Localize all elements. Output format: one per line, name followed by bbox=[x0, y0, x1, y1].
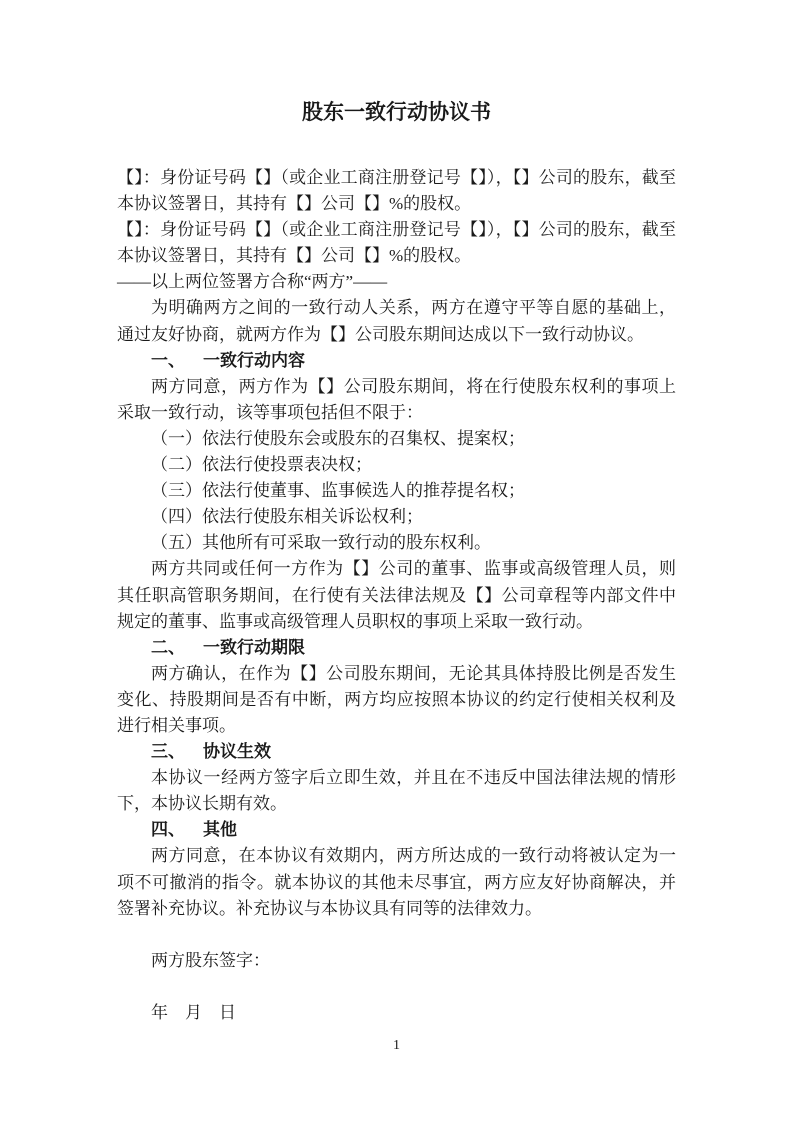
section-2-paragraph-1: 两方确认，在作为【】公司股东期间，无论其具体持股比例是否发生变化、持股期间是否有… bbox=[117, 661, 676, 739]
section-3-paragraph-1: 本协议一经两方签字后立即生效，并且在不违反中国法律法规的情形下，本协议长期有效。 bbox=[117, 765, 676, 817]
section-2-title: 一致行动期限 bbox=[203, 638, 305, 657]
section-1-item-3: （三）依法行使董事、监事候选人的推荐提名权； bbox=[117, 478, 676, 504]
section-1-paragraph-1: 两方同意，两方作为【】公司股东期间，将在行使股东权利的事项上采取一致行动，该等事… bbox=[117, 374, 676, 426]
document-title: 股东一致行动协议书 bbox=[117, 96, 676, 129]
section-3-number: 三、 bbox=[151, 742, 185, 761]
section-1-item-5: （五）其他所有可采取一致行动的股东权利。 bbox=[117, 530, 676, 556]
section-1-title: 一致行动内容 bbox=[203, 351, 305, 370]
section-1-item-2: （二）依法行使投票表决权； bbox=[117, 452, 676, 478]
signature-label: 两方股东签字： bbox=[117, 948, 676, 974]
parties-alias-line: ——以上两位签署方合称“两方”—— bbox=[117, 269, 676, 295]
page-footer: 1 bbox=[0, 1037, 793, 1055]
section-1-heading: 一、一致行动内容 bbox=[117, 348, 676, 374]
section-4-number: 四、 bbox=[151, 820, 185, 839]
section-4-title: 其他 bbox=[203, 820, 237, 839]
date-line: 年 月 日 bbox=[117, 1000, 676, 1026]
document-body: 【】：身份证号码【】（或企业工商注册登记号【】），【】公司的股东，截至本协议签署… bbox=[117, 165, 676, 1026]
party-b-clause: 【】：身份证号码【】（或企业工商注册登记号【】），【】公司的股东，截至本协议签署… bbox=[117, 217, 676, 269]
preamble-paragraph: 为明确两方之间的一致行动人关系，两方在遵守平等自愿的基础上，通过友好协商，就两方… bbox=[117, 295, 676, 347]
section-4-paragraph-1: 两方同意，在本协议有效期内，两方所达成的一致行动将被认定为一项不可撤消的指令。就… bbox=[117, 843, 676, 921]
section-4-heading: 四、其他 bbox=[117, 817, 676, 843]
section-1-number: 一、 bbox=[151, 351, 185, 370]
section-1-item-4: （四）依法行使股东相关诉讼权利； bbox=[117, 504, 676, 530]
section-2-heading: 二、一致行动期限 bbox=[117, 635, 676, 661]
section-1-item-1: （一）依法行使股东会或股东的召集权、提案权； bbox=[117, 426, 676, 452]
page-number: 1 bbox=[393, 1038, 400, 1053]
section-3-heading: 三、协议生效 bbox=[117, 739, 676, 765]
section-1-paragraph-2: 两方共同或任何一方作为【】公司的董事、监事或高级管理人员，则其任职高管职务期间，… bbox=[117, 556, 676, 634]
section-3-title: 协议生效 bbox=[203, 742, 271, 761]
section-2-number: 二、 bbox=[151, 638, 185, 657]
document-page: 股东一致行动协议书 【】：身份证号码【】（或企业工商注册登记号【】），【】公司的… bbox=[0, 0, 793, 1122]
document-content: 股东一致行动协议书 【】：身份证号码【】（或企业工商注册登记号【】），【】公司的… bbox=[117, 96, 676, 1026]
party-a-clause: 【】：身份证号码【】（或企业工商注册登记号【】），【】公司的股东，截至本协议签署… bbox=[117, 165, 676, 217]
